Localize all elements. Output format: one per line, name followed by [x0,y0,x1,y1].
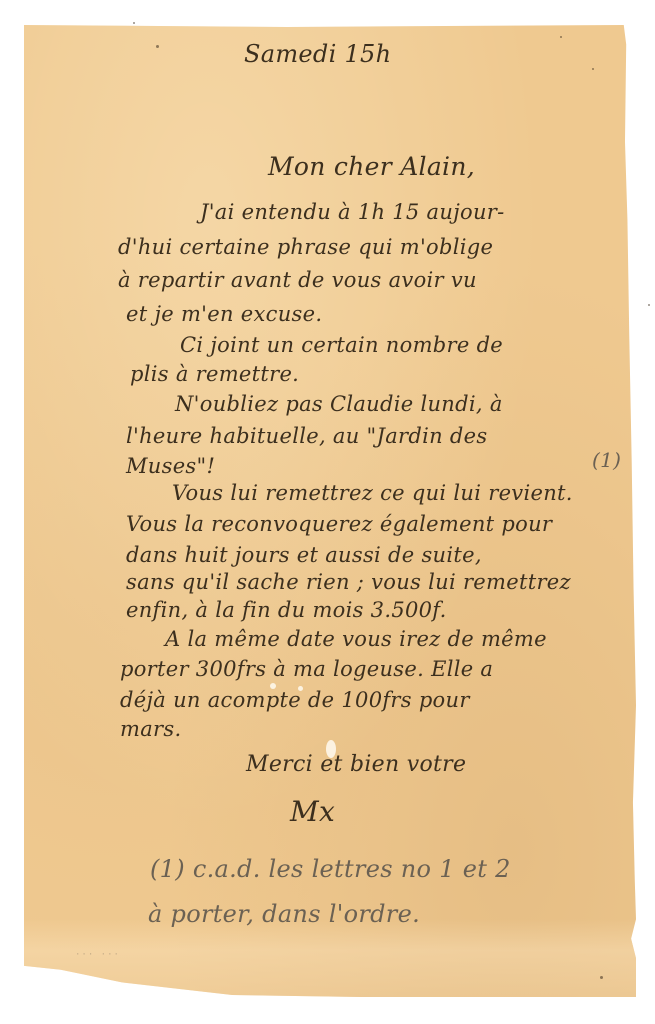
letter-closing: Merci et bien votre [246,752,466,777]
body-line: N'oubliez pas Claudie lundi, à [175,392,503,416]
body-line: plis à remettre. [130,362,299,386]
footnote-line: (1) c.a.d. les lettres no 1 et 2 [150,855,511,883]
paper-speck [648,304,650,306]
body-line: Vous lui remettrez ce qui lui revient. [172,481,573,505]
letter-signature: Mx [290,795,335,828]
body-line: sans qu'il sache rien ; vous lui remettr… [126,570,571,594]
paper-speck [592,68,594,70]
letter-date: Samedi 15h [244,40,391,68]
body-line: Ci joint un certain nombre de [180,333,503,357]
body-line: A la même date vous irez de même [165,627,547,651]
letter-salutation: Mon cher Alain, [268,152,475,181]
body-line: et je m'en excuse. [126,302,322,326]
footnote-line: à porter, dans l'ordre. [148,900,420,928]
body-line: mars. [120,717,181,741]
body-line: dans huit jours et aussi de suite, [126,543,482,567]
paper-speck [600,976,603,979]
body-line: Muses"! [126,454,215,478]
footnote-marker: (1) [592,448,621,472]
body-line: enfin, à la fin du mois 3.500f. [126,598,447,622]
paper-speck [133,22,135,24]
body-line: d'hui certaine phrase qui m'oblige [118,235,493,259]
body-line: Vous la reconvoquerez également pour [126,512,552,536]
body-line: l'heure habituelle, au "Jardin des [126,424,487,448]
archive-stamp: ··· ··· [75,950,120,960]
paper-speck [156,45,159,48]
body-line: déjà un acompte de 100frs pour [120,688,470,712]
body-line: J'ai entendu à 1h 15 aujour- [200,200,505,224]
body-line: à repartir avant de vous avoir vu [118,268,477,292]
paper-speck [560,36,562,38]
body-line: porter 300frs à ma logeuse. Elle a [120,657,493,681]
